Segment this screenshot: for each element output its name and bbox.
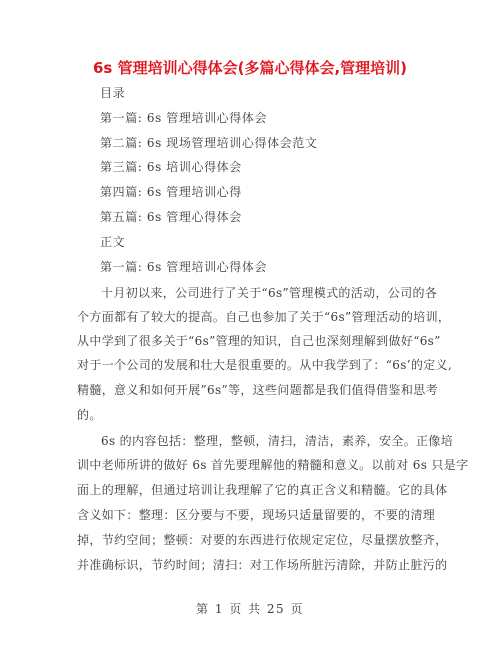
toc-item: 第二篇: 6s 现场管理培训心得体会范文: [100, 134, 317, 151]
paragraph-line: 从中学到了很多关于“6s”管理的知识，自己也深刻理解到做好“6s”: [77, 332, 427, 349]
document-page: 6s 管理培训心得体会(多篇心得体会,管理培训) 目录 第一篇: 6s 管理培训…: [0, 0, 500, 647]
paragraph-line: 精髓，意义和如何开展”6s”等，这些问题都是我们值得借鉴和思考: [77, 381, 427, 398]
paragraph-line: 十月初以来，公司进行了关于“6s”管理模式的活动，公司的各: [101, 284, 451, 301]
toc-item: 第三篇: 6s 培训心得体会: [100, 158, 242, 175]
paragraph-line: 含义如下：整理：区分要与不要，现场只适量留要的，不要的清理: [77, 506, 427, 523]
toc-item: 第四篇: 6s 管理培训心得: [100, 183, 242, 200]
section-heading: 第一篇: 6s 管理培训心得体会: [100, 258, 267, 275]
paragraph-line: 训中老师所讲的做好 6s 首先要理解他的精髓和意义。以前对 6s 只是字: [77, 456, 427, 473]
body-heading: 正文: [100, 233, 125, 250]
paragraph-line: 对于一个公司的发展和壮大是很重要的。从中我学到了：“6s’的定义,: [77, 356, 427, 373]
paragraph-line: 掉，节约空间；整顿：对要的东西进行依规定定位，尽量摆放整齐，: [77, 531, 427, 548]
page-indicator: 第 1 页 共 25 页: [0, 600, 500, 617]
paragraph-line: 个方面都有了较大的提高。自己也参加了关于“6s”管理活动的培训，: [77, 308, 427, 325]
paragraph-line: 的。: [77, 406, 427, 423]
paragraph-line: 6s 的内容包括：整理，整顿，清扫，清洁，素养，安全。正像培: [101, 432, 451, 449]
toc-item: 第一篇: 6s 管理培训心得体会: [100, 109, 267, 126]
toc-heading: 目录: [100, 84, 125, 101]
toc-item: 第五篇: 6s 管理心得体会: [100, 208, 242, 225]
document-title: 6s 管理培训心得体会(多篇心得体会,管理培训): [0, 57, 500, 78]
paragraph-line: 面上的理解，但通过培训让我理解了它的真正含义和精髓。它的具体: [77, 481, 427, 498]
paragraph-line: 并准确标识，节约时间；清扫：对工作场所脏污清除，并防止脏污的: [77, 556, 427, 573]
